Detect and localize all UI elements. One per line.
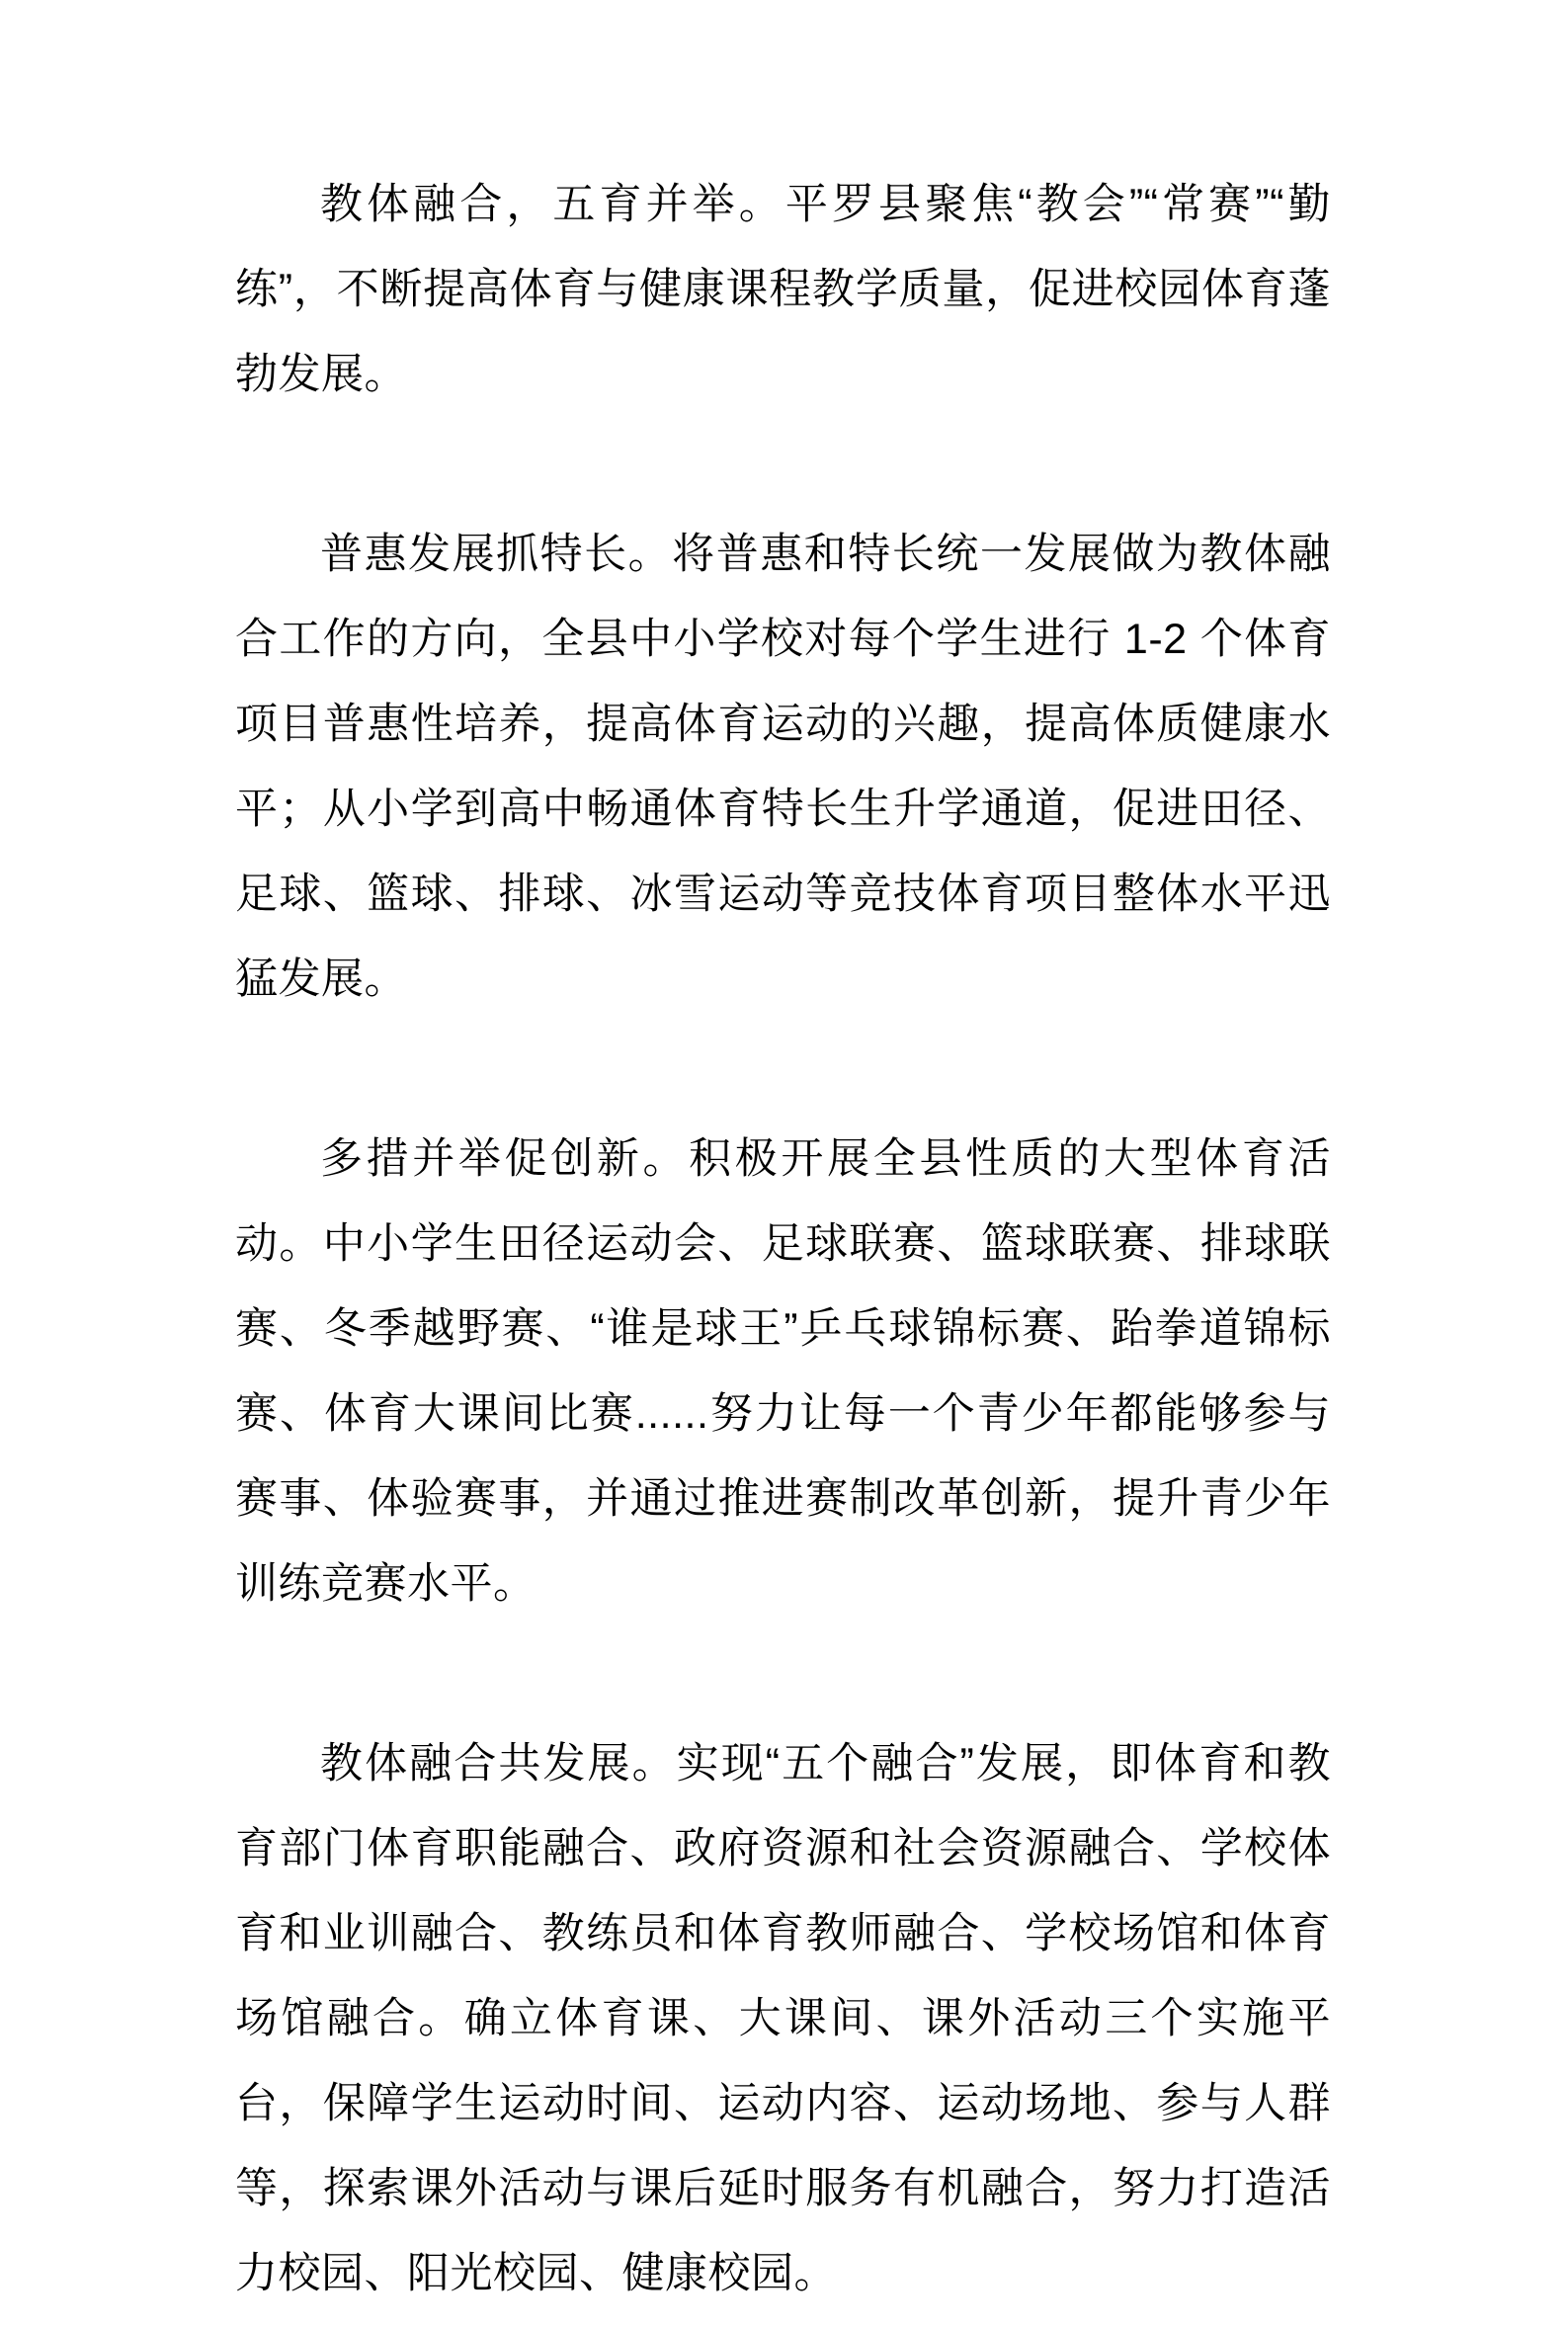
paragraph-innovation-measures: 多措并举促创新。积极开展全县性质的大型体育活动。中小学生田径运动会、足球联赛、篮…	[235, 1117, 1331, 1626]
paragraph-inclusive-development: 普惠发展抓特长。将普惠和特长统一发展做为教体融合工作的方向，全县中小学校对每个学…	[235, 512, 1331, 1022]
paragraph-five-integrations: 教体融合共发展。实现“五个融合”发展，即体育和教育部门体育职能融合、政府资源和社…	[235, 1721, 1331, 2316]
document-page: 教体融合，五育并举。平罗县聚焦“教会”“常赛”“勤练”，不断提高体育与健康课程教…	[0, 0, 1568, 2328]
paragraph-education-sports-integration: 教体融合，五育并举。平罗县聚焦“教会”“常赛”“勤练”，不断提高体育与健康课程教…	[235, 162, 1331, 417]
